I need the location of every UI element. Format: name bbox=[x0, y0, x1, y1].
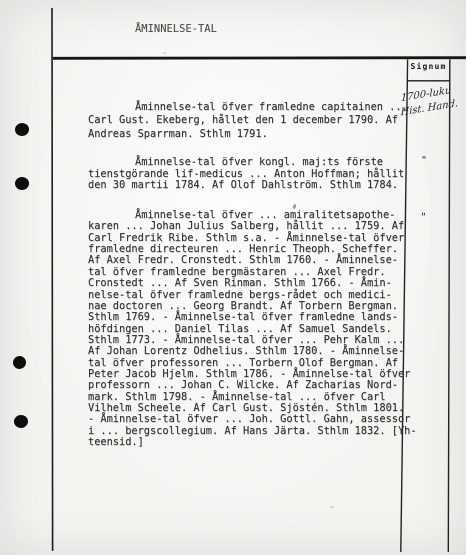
page-title: ÅMINNELSE-TAL bbox=[135, 23, 217, 35]
text-line: karen ... Johan Julius Salberg, hållit .… bbox=[88, 221, 417, 232]
ditto-mark: " bbox=[421, 155, 427, 166]
scanned-catalog-page: ÅMINNELSE-TAL Signum 1700-luku Hist. Han… bbox=[0, 0, 466, 555]
catalog-entry-paragraph: Åminnelse-tal öfver framledne capitainen… bbox=[88, 101, 408, 141]
text-line: Åminnelse-tal öfver kongl. maj:ts förste bbox=[88, 157, 404, 169]
scan-speck bbox=[163, 52, 166, 54]
text-line: den 30 martii 1784. Af Olof Dahlström. S… bbox=[88, 180, 404, 192]
text-line: teensid.] bbox=[88, 437, 417, 448]
signum-column-header: Signum bbox=[407, 62, 450, 71]
scan-speck bbox=[330, 506, 334, 508]
signum-column-right-border bbox=[448, 60, 450, 553]
text-line: Åminnelse-tal öfver framledne capitainen… bbox=[88, 101, 408, 114]
left-margin-rule bbox=[52, 8, 53, 551]
text-line: Af Johan Lorentz Odhelius. Sthlm 1780. -… bbox=[88, 346, 417, 357]
text-line: Cronstedt ... Af Sven Rinman. Sthlm 1766… bbox=[88, 278, 417, 289]
text-line: Sthlm 1769. - Åminnelse-tal öfver framle… bbox=[88, 312, 417, 323]
catalog-entry-paragraph: Åminnelse-tal öfver ... amiralitetsapoth… bbox=[88, 210, 417, 449]
margin-ink-dot bbox=[15, 177, 29, 190]
catalog-entry-paragraph: Åminnelse-tal öfver kongl. maj:ts förste… bbox=[88, 157, 404, 192]
text-line: Andreas Sparrman. Sthlm 1791. bbox=[88, 128, 408, 141]
header-rule bbox=[53, 58, 466, 59]
text-line: Carl Gust. Ekeberg, hållet den 1 decembe… bbox=[88, 114, 408, 127]
